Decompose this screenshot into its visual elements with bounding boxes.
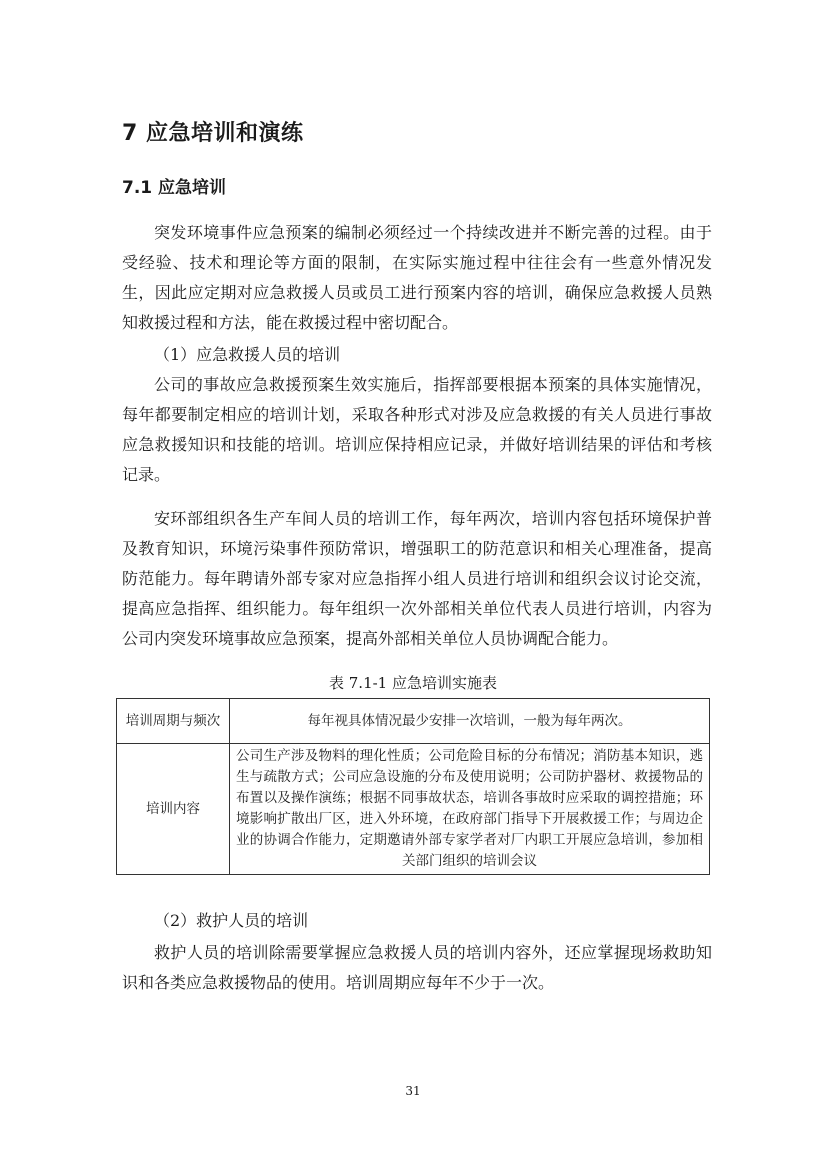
intro-paragraph: 突发环境事件应急预案的编制必须经过一个持续改进并不断完善的过程。由于受经验、技术… <box>122 218 712 338</box>
page-number: 31 <box>0 1084 826 1098</box>
table-cell-label: 培训周期与频次 <box>117 699 230 744</box>
table-cell-content: 公司生产涉及物料的理化性质；公司危险目标的分布情况；消防基本知识，逃生与疏散方式… <box>230 744 710 875</box>
table-cell-content: 每年视具体情况最少安排一次培训，一般为每年两次。 <box>230 699 710 744</box>
table-cell-label: 培训内容 <box>117 744 230 875</box>
section-heading: 7.1 应急培训 <box>122 173 226 198</box>
table-row: 培训内容 公司生产涉及物料的理化性质；公司危险目标的分布情况；消防基本知识，逃生… <box>117 744 710 875</box>
table-caption: 表 7.1-1 应急培训实施表 <box>0 672 826 694</box>
subsection-2-paragraph-1: 救护人员的培训除需要掌握应急救援人员的培训内容外，还应掌握现场救助知识和各类应急… <box>122 938 712 998</box>
training-implementation-table: 培训周期与频次 每年视具体情况最少安排一次培训，一般为每年两次。 培训内容 公司… <box>116 698 710 875</box>
subsection-heading-2: （2）救护人员的培训 <box>154 906 308 936</box>
subsection-heading-1: （1）应急救援人员的培训 <box>154 340 340 370</box>
document-page: 7 应急培训和演练 7.1 应急培训 突发环境事件应急预案的编制必须经过一个持续… <box>0 0 826 1169</box>
chapter-heading: 7 应急培训和演练 <box>122 116 303 147</box>
subsection-1-paragraph-2: 安环部组织各生产车间人员的培训工作，每年两次，培训内容包括环境保护普及教育知识，… <box>122 504 712 654</box>
subsection-1-paragraph-1: 公司的事故应急救援预案生效实施后，指挥部要根据本预案的具体实施情况，每年都要制定… <box>122 370 712 490</box>
table-row: 培训周期与频次 每年视具体情况最少安排一次培训，一般为每年两次。 <box>117 699 710 744</box>
